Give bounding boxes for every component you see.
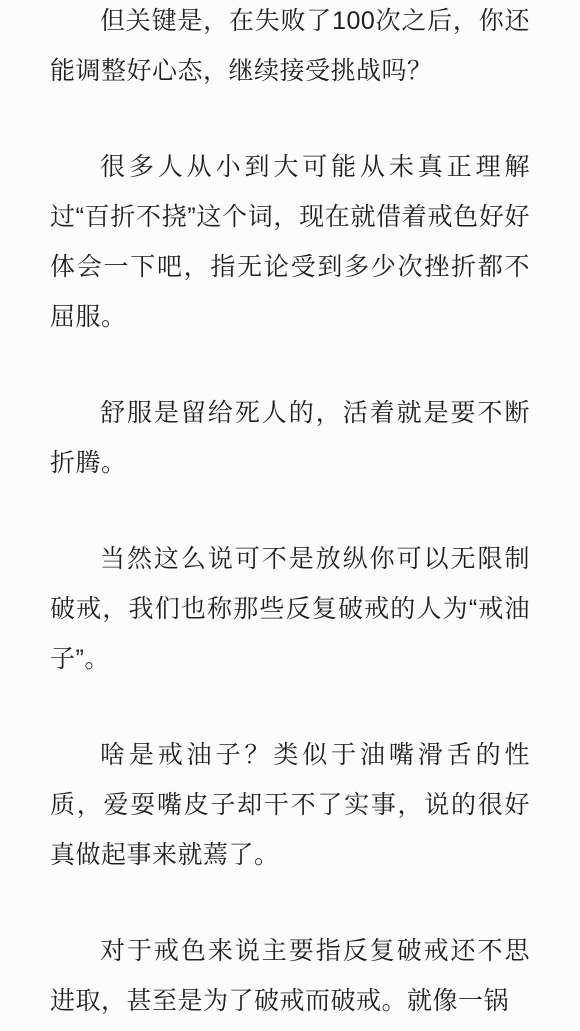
article-body: 但关键是，在失败了100次之后，你还能调整好心态，继续接受挑战吗？ 很多人从小到…	[50, 0, 530, 1026]
reader-page: 但关键是，在失败了100次之后，你还能调整好心态，继续接受挑战吗？ 很多人从小到…	[0, 0, 580, 1031]
paragraph: 当然这么说可不是放纵你可以无限制破戒，我们也称那些反复破戒的人为“戒油子”。	[50, 534, 530, 684]
paragraph: 很多人从小到大可能从未真正理解过“百折不挠”这个词，现在就借着戒色好好体会一下吧…	[50, 142, 530, 342]
paragraph: 啥是戒油子？类似于油嘴滑舌的性质，爱耍嘴皮子却干不了实事，说的很好真做起事来就蔫…	[50, 730, 530, 880]
paragraph: 但关键是，在失败了100次之后，你还能调整好心态，继续接受挑战吗？	[50, 0, 530, 96]
paragraph: 舒服是留给死人的，活着就是要不断折腾。	[50, 388, 530, 488]
paragraph: 对于戒色来说主要指反复破戒还不思进取，甚至是为了破戒而破戒。就像一锅	[50, 926, 530, 1026]
